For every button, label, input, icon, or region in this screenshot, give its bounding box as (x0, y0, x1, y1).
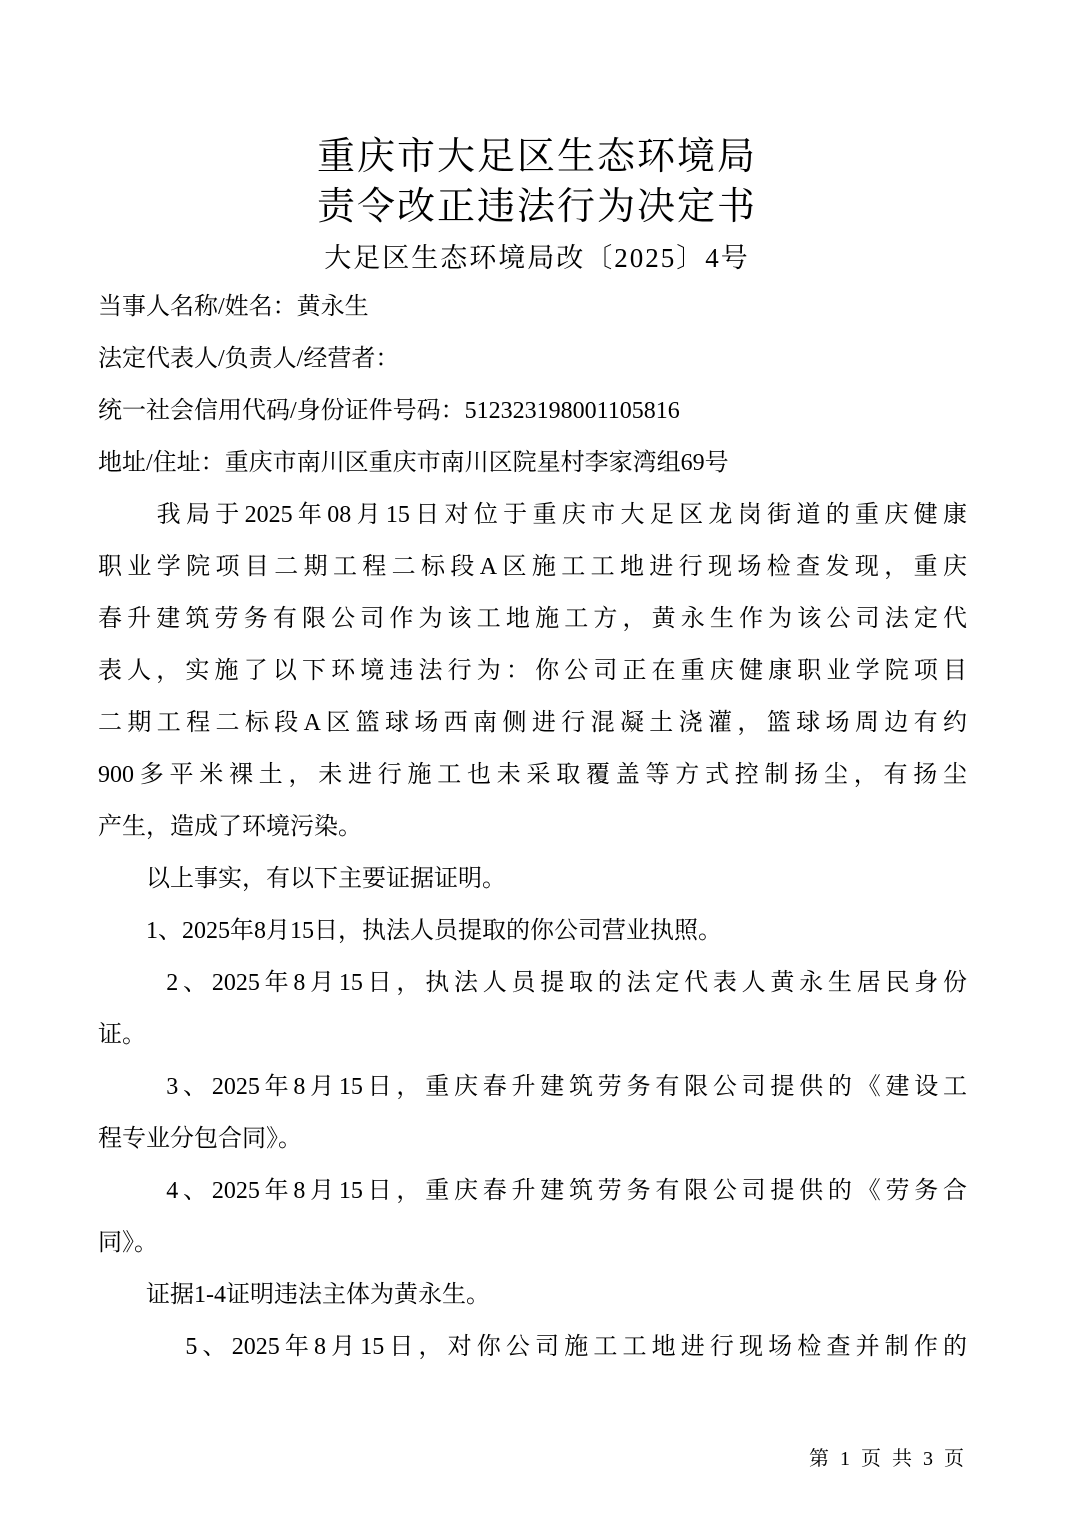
document-page: 重庆市大足区生态环境局 责令改正违法行为决定书 大足区生态环境局改〔2025〕4… (0, 0, 1074, 1520)
body-lines: 我局于2025年08月15日对位于重庆市大足区龙岗街道的重庆健康职业学院项目二期… (98, 489, 967, 1373)
document-number: 大足区生态环境局改〔2025〕4号 (0, 240, 1074, 276)
document-line: 我局于2025年08月15日对位于重庆市大足区龙岗街道的重庆健康 (98, 489, 967, 541)
field-value: 重庆市南川区重庆市南川区院星村李家湾组69号 (225, 450, 729, 476)
document-line: 900多平米裸土，未进行施工也未采取覆盖等方式控制扬尘，有扬尘 (98, 749, 967, 801)
document-line: 4、2025年8月15日，重庆春升建筑劳务有限公司提供的《劳务合 (98, 1165, 967, 1217)
document-line: 产生，造成了环境污染。 (98, 801, 967, 853)
document-line: 程专业分包合同》。 (98, 1113, 967, 1165)
page-number: 第 1 页 共 3 页 (809, 1448, 967, 1470)
document-line: 1、2025年8月15日，执法人员提取的你公司营业执照。 (98, 905, 967, 957)
document-line: 证。 (98, 1009, 967, 1061)
document-line: 春升建筑劳务有限公司作为该工地施工方，黄永生作为该公司法定代 (98, 593, 967, 645)
document-line: 2、2025年8月15日，执法人员提取的法定代表人黄永生居民身份 (98, 957, 967, 1009)
document-title-line1: 重庆市大足区生态环境局 (0, 132, 1074, 182)
field-label: 统一社会信用代码/身份证件号码： (98, 398, 465, 424)
field-label: 当事人名称/姓名： (98, 294, 297, 320)
document-line: 职业学院项目二期工程二标段A区施工工地进行现场检查发现，重庆 (98, 541, 967, 593)
document-title-line2: 责令改正违法行为决定书 (0, 182, 1074, 232)
party-fields: 当事人名称/姓名：黄永生法定代表人/负责人/经营者：统一社会信用代码/身份证件号… (98, 281, 967, 489)
document-line: 表人，实施了以下环境违法行为：你公司正在重庆健康职业学院项目 (98, 645, 967, 697)
document-line: 同》。 (98, 1217, 967, 1269)
party-field-line: 当事人名称/姓名：黄永生 (98, 281, 967, 333)
document-line: 证据1-4证明违法主体为黄永生。 (98, 1269, 967, 1321)
document-header: 重庆市大足区生态环境局 责令改正违法行为决定书 大足区生态环境局改〔2025〕4… (0, 0, 1074, 276)
document-line: 二期工程二标段A区篮球场西南侧进行混凝土浇灌，篮球场周边有约 (98, 697, 967, 749)
page-footer: 第 1 页 共 3 页 (809, 1444, 967, 1474)
field-label: 地址/住址： (98, 450, 225, 476)
document-line: 5、2025年8月15日，对你公司施工工地进行现场检查并制作的 (98, 1321, 967, 1373)
field-value: 黄永生 (297, 294, 369, 320)
field-value: 512323198001105816 (465, 398, 680, 424)
party-field-line: 地址/住址：重庆市南川区重庆市南川区院星村李家湾组69号 (98, 437, 967, 489)
document-line: 以上事实，有以下主要证据证明。 (98, 853, 967, 905)
document-body: 当事人名称/姓名：黄永生法定代表人/负责人/经营者：统一社会信用代码/身份证件号… (0, 281, 1074, 1373)
field-label: 法定代表人/负责人/经营者： (98, 346, 399, 372)
party-field-line: 法定代表人/负责人/经营者： (98, 333, 967, 385)
document-line: 3、2025年8月15日，重庆春升建筑劳务有限公司提供的《建设工 (98, 1061, 967, 1113)
party-field-line: 统一社会信用代码/身份证件号码：512323198001105816 (98, 385, 967, 437)
